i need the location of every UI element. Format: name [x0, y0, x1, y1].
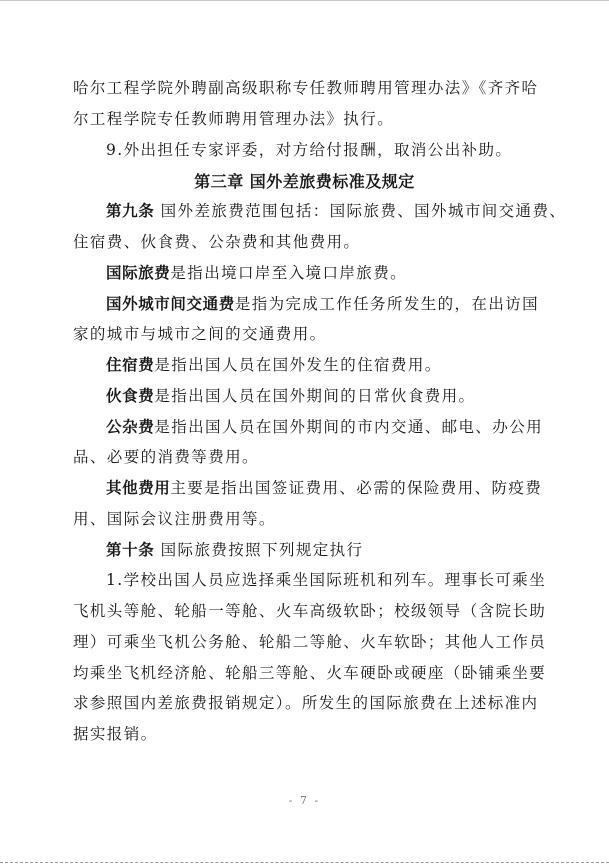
line-text: 是指为完成工作任务所发生的，在出访国 [235, 295, 539, 313]
article-label: 第十条 [106, 541, 154, 559]
paragraph-line: 9.外出担任专家评委，对方给付报酬，取消公出补助。 [106, 135, 546, 166]
paragraph-line: 均乘坐飞机经济舱、轮船三等舱、火车硬卧或硬座（卧铺乘坐要 [73, 658, 543, 689]
line-text: 均乘坐飞机经济舱、轮船三等舱、火车硬卧或硬座（卧铺乘坐要 [73, 664, 546, 682]
line-text: 飞机头等舱、轮船一等舱、火车高级软卧；校级领导（含院长助 [73, 602, 546, 620]
paragraph-line: 理）可乘坐飞机公务舱、轮船二等舱、火车软卧；其他人工作员 [73, 627, 543, 658]
line-text: 主要是指出国签证费用、必需的保险费用、防疫费 [170, 479, 542, 497]
definition-line: 伙食费是指出国人员在国外期间的日常伙食费用。 [106, 381, 546, 412]
line-text: 住宿费、伙食费、公杂费和其他费用。 [73, 233, 360, 251]
term-label: 其他费用 [106, 479, 170, 497]
document-page: 哈尔工程学院外聘副高级职称专任教师聘用管理办法》《齐齐哈 尔工程学院专任教师聘用… [0, 0, 609, 864]
line-text: 是指出境口岸至入境口岸旅费。 [170, 264, 407, 282]
paragraph-line: 1.学校出国人员应选择乘坐国际班机和列车。理事长可乘坐 [106, 565, 546, 596]
line-text: 是指出国人员在国外期间的市内交通、邮电、办公用 [154, 418, 543, 436]
line-text: 哈尔工程学院外聘副高级职称专任教师聘用管理办法》《齐齐哈 [73, 79, 538, 97]
paragraph-line: 飞机头等舱、轮船一等舱、火车高级软卧；校级领导（含院长助 [73, 596, 543, 627]
paragraph-line: 住宿费、伙食费、公杂费和其他费用。 [73, 227, 543, 258]
article-nine-line: 第九条 国外差旅费范围包括：国际旅费、国外城市间交通费、 [106, 196, 546, 227]
page-break-divider [0, 862, 609, 863]
definition-line: 国际旅费是指出境口岸至入境口岸旅费。 [106, 258, 546, 289]
definition-line: 住宿费是指出国人员在国外发生的住宿费用。 [106, 350, 546, 381]
line-text: 求参照国内差旅费报销规定）。所发生的国际旅费在上述标准内 [73, 694, 538, 712]
paragraph-line: 哈尔工程学院外聘副高级职称专任教师聘用管理办法》《齐齐哈 [73, 73, 543, 104]
paragraph-line: 家的城市与城市之间的交通费用。 [73, 319, 543, 350]
line-text: 是指出国人员在国外发生的住宿费用。 [154, 356, 441, 374]
paragraph-line: 据实报销。 [73, 719, 543, 750]
line-text: 品、必要的消费等费用。 [73, 448, 259, 466]
paragraph-line: 尔工程学院专任教师聘用管理办法》执行。 [73, 104, 543, 135]
term-label: 伙食费 [106, 387, 154, 405]
page-number: - 7 - [0, 794, 609, 807]
definition-line: 其他费用主要是指出国签证费用、必需的保险费用、防疫费 [106, 473, 546, 504]
definition-line: 国外城市间交通费是指为完成工作任务所发生的，在出访国 [106, 289, 546, 320]
line-text: 9.外出担任专家评委，对方给付报酬，取消公出补助。 [106, 141, 512, 159]
line-text: 据实报销。 [73, 725, 158, 743]
term-label: 公杂费 [106, 418, 154, 436]
line-text: 理）可乘坐飞机公务舱、轮船二等舱、火车软卧；其他人工作员 [73, 633, 546, 651]
term-label: 国外城市间交通费 [106, 295, 235, 313]
line-text: 尔工程学院专任教师聘用管理办法》执行。 [73, 110, 394, 128]
paragraph-line: 品、必要的消费等费用。 [73, 442, 543, 473]
line-text: 用、国际会议注册费用等。 [73, 510, 276, 528]
paragraph-line: 用、国际会议注册费用等。 [73, 504, 543, 535]
chapter-heading: 第三章 国外差旅费标准及规定 [0, 166, 609, 197]
paragraph-line: 求参照国内差旅费报销规定）。所发生的国际旅费在上述标准内 [73, 688, 543, 719]
line-text: 国际旅费按照下列规定执行 [154, 541, 363, 559]
line-text: 是指出国人员在国外期间的日常伙食费用。 [154, 387, 475, 405]
article-label: 第九条 [106, 202, 154, 220]
term-label: 国际旅费 [106, 264, 170, 282]
article-ten-line: 第十条 国际旅费按照下列规定执行 [106, 535, 546, 566]
definition-line: 公杂费是指出国人员在国外期间的市内交通、邮电、办公用 [106, 412, 546, 443]
line-text: 1.学校出国人员应选择乘坐国际班机和列车。理事长可乘坐 [106, 571, 546, 589]
line-text: 家的城市与城市之间的交通费用。 [73, 325, 327, 343]
line-text: 国外差旅费范围包括：国际旅费、国外城市间交通费、 [154, 202, 566, 220]
term-label: 住宿费 [106, 356, 154, 374]
